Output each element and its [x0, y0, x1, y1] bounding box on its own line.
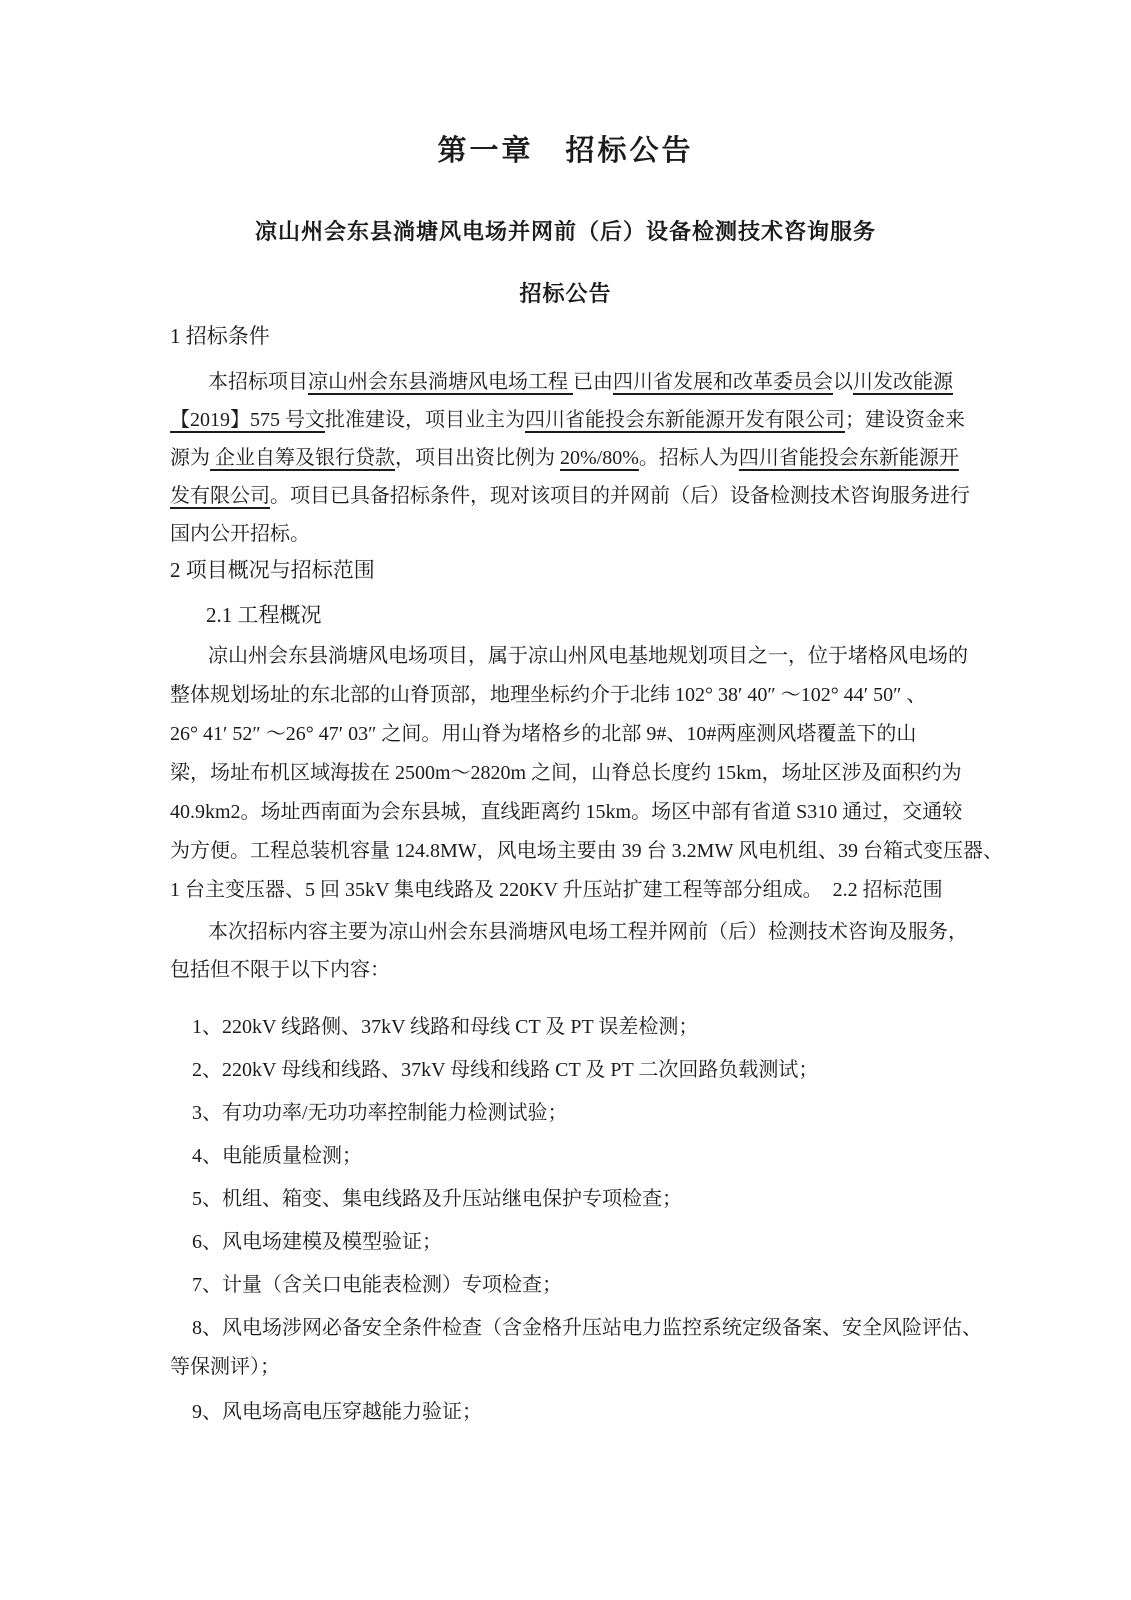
text-segment: 26° 41′ 52″ ～26° 47′ 03″ 之间。用山脊为堵格乡的北部 9…	[170, 723, 916, 745]
text-segment: 6、风电场建模及模型验证；	[192, 1231, 442, 1253]
text-segment: 5、机组、箱变、集电线路及升压站继电保护专项检查；	[192, 1188, 682, 1210]
text-segment: 1、220kV 线路侧、37kV 线路和母线 CT 及 PT 误差检测；	[192, 1016, 698, 1038]
text-segment: 。招标人为	[639, 447, 739, 469]
scope-list-item: 9、风电场高电压穿越能力验证；	[170, 1391, 961, 1434]
text-segment: 1 台主变压器、5 回 35kV 集电线路及 220KV 升压站扩建工程等部分组…	[170, 879, 943, 901]
scope-list-item: 4、电能质量检测；	[170, 1135, 961, 1178]
text-segment: 批准建设，项目业主为	[325, 409, 525, 431]
section-2-heading: 2 项目概况与招标范围	[170, 553, 961, 587]
text-segment: 7、计量（含关口电能表检测）专项检查；	[192, 1274, 562, 1296]
text-line: 8、风电场涉网必备安全条件检查（含金格升压站电力监控系统定级备案、安全风险评估、	[170, 1307, 961, 1350]
text-segment: ，项目出资比例为	[395, 447, 560, 469]
text-segment: 包括但不限于以下内容：	[170, 959, 390, 981]
text-line: 等保测评）；	[170, 1347, 961, 1387]
text-line: 1 台主变压器、5 回 35kV 集电线路及 220KV 升压站扩建工程等部分组…	[170, 871, 961, 910]
text-line: 本次招标内容主要为凉山州会东县淌塘风电场工程并网前（后）检测技术咨询及服务，	[170, 913, 961, 951]
section-2-1-heading: 2.1 工程概况	[206, 598, 961, 632]
text-line: 【2019】575 号文批准建设，项目业主为四川省能投会东新能源开发有限公司；建…	[170, 401, 961, 439]
text-line: 6、风电场建模及模型验证；	[170, 1221, 961, 1264]
text-line: 为方便。工程总装机容量 124.8MW，风电场主要由 39 台 3.2MW 风电…	[170, 832, 961, 871]
scope-list-item: 3、有功功率/无功功率控制能力检测试验；	[170, 1092, 961, 1135]
text-segment: ；建设资金来	[845, 409, 965, 431]
scope-item-list: 1、220kV 线路侧、37kV 线路和母线 CT 及 PT 误差检测；2、22…	[170, 1006, 961, 1434]
text-line: 发有限公司。项目已具备招标条件，现对该项目的并网前（后）设备检测技术咨询服务进行	[170, 477, 961, 515]
bidding-conditions-paragraph: 本招标项目凉山州会东县淌塘风电场工程 已由四川省发展和改革委员会以川发改能源【2…	[170, 363, 961, 553]
project-title: 凉山州会东县淌塘风电场并网前（后）设备检测技术咨询服务	[170, 217, 961, 247]
text-line: 凉山州会东县淌塘风电场项目，属于凉山州风电基地规划项目之一，位于堵格风电场的	[170, 637, 961, 676]
text-segment: 40.9km2。场址西南面为会东县城，直线距离约 15km。场区中部有省道 S3…	[170, 801, 962, 823]
underlined-text: 四川省能投会东新能源开发有限公司	[525, 409, 845, 431]
text-segment: 本招标项目	[208, 371, 308, 393]
text-segment: 梁，场址布机区域海拔在 2500m～2820m 之间，山脊总长度约 15km，场…	[170, 762, 962, 784]
text-line: 国内公开招标。	[170, 515, 961, 553]
underlined-text: 凉山州会东县淌塘风电场工程	[308, 371, 573, 393]
text-line: 1、220kV 线路侧、37kV 线路和母线 CT 及 PT 误差检测；	[170, 1006, 961, 1049]
underlined-text: 20%/80%	[560, 447, 639, 469]
project-overview-paragraph: 凉山州会东县淌塘风电场项目，属于凉山州风电基地规划项目之一，位于堵格风电场的整体…	[170, 637, 961, 910]
text-segment: 2、220kV 母线和线路、37kV 母线和线路 CT 及 PT 二次回路负载测…	[192, 1059, 818, 1081]
text-segment: 等保测评）；	[170, 1356, 280, 1378]
scope-list-item: 1、220kV 线路侧、37kV 线路和母线 CT 及 PT 误差检测；	[170, 1006, 961, 1049]
text-segment: 。项目已具备招标条件，现对该项目的并网前（后）设备检测技术咨询服务进行	[270, 485, 970, 507]
text-segment: 整体规划场址的东北部的山脊顶部，地理坐标约介于北纬 102° 38′ 40″ ～…	[170, 684, 926, 706]
text-line: 3、有功功率/无功功率控制能力检测试验；	[170, 1092, 961, 1135]
text-segment: 3、有功功率/无功功率控制能力检测试验；	[192, 1102, 568, 1124]
scope-list-item: 6、风电场建模及模型验证；	[170, 1221, 961, 1264]
scope-list-item: 5、机组、箱变、集电线路及升压站继电保护专项检查；	[170, 1178, 961, 1221]
text-line: 整体规划场址的东北部的山脊顶部，地理坐标约介于北纬 102° 38′ 40″ ～…	[170, 676, 961, 715]
text-segment: 已由	[573, 371, 613, 393]
announcement-title: 招标公告	[170, 279, 961, 309]
text-segment: 本次招标内容主要为凉山州会东县淌塘风电场工程并网前（后）检测技术咨询及服务，	[208, 921, 968, 943]
text-segment: 9、风电场高电压穿越能力验证；	[192, 1401, 482, 1423]
text-line: 2、220kV 母线和线路、37kV 母线和线路 CT 及 PT 二次回路负载测…	[170, 1049, 961, 1092]
underlined-text: 川发改能源	[853, 371, 953, 393]
text-line: 本招标项目凉山州会东县淌塘风电场工程 已由四川省发展和改革委员会以川发改能源	[170, 363, 961, 401]
text-line: 梁，场址布机区域海拔在 2500m～2820m 之间，山脊总长度约 15km，场…	[170, 754, 961, 793]
text-line: 40.9km2。场址西南面为会东县城，直线距离约 15km。场区中部有省道 S3…	[170, 793, 961, 832]
text-line: 源为 企业自筹及银行贷款，项目出资比例为 20%/80%。招标人为四川省能投会东…	[170, 439, 961, 477]
section-1-heading: 1 招标条件	[170, 319, 961, 353]
text-line: 26° 41′ 52″ ～26° 47′ 03″ 之间。用山脊为堵格乡的北部 9…	[170, 715, 961, 754]
text-segment: 以	[833, 371, 853, 393]
text-segment: 4、电能质量检测；	[192, 1145, 362, 1167]
text-line: 5、机组、箱变、集电线路及升压站继电保护专项检查；	[170, 1178, 961, 1221]
underlined-text: 发有限公司	[170, 485, 270, 507]
chapter-title: 第一章 招标公告	[170, 131, 961, 171]
scope-list-item: 8、风电场涉网必备安全条件检查（含金格升压站电力监控系统定级备案、安全风险评估、…	[170, 1307, 961, 1387]
tender-document-page: 第一章 招标公告 凉山州会东县淌塘风电场并网前（后）设备检测技术咨询服务 招标公…	[0, 0, 1131, 1600]
bidding-scope-intro-paragraph: 本次招标内容主要为凉山州会东县淌塘风电场工程并网前（后）检测技术咨询及服务，包括…	[170, 913, 961, 989]
text-line: 9、风电场高电压穿越能力验证；	[170, 1391, 961, 1434]
text-line: 包括但不限于以下内容：	[170, 951, 961, 989]
text-segment: 8、风电场涉网必备安全条件检查（含金格升压站电力监控系统定级备案、安全风险评估、	[192, 1317, 982, 1339]
text-segment: 凉山州会东县淌塘风电场项目，属于凉山州风电基地规划项目之一，位于堵格风电场的	[208, 645, 968, 667]
scope-list-item: 2、220kV 母线和线路、37kV 母线和线路 CT 及 PT 二次回路负载测…	[170, 1049, 961, 1092]
underlined-text: 四川省能投会东新能源开	[739, 447, 959, 469]
scope-list-item: 7、计量（含关口电能表检测）专项检查；	[170, 1264, 961, 1307]
text-segment: 源为	[170, 447, 210, 469]
underlined-text: 四川省发展和改革委员会	[613, 371, 833, 393]
text-line: 4、电能质量检测；	[170, 1135, 961, 1178]
underlined-text: 【2019】575 号文	[170, 409, 325, 431]
text-segment: 为方便。工程总装机容量 124.8MW，风电场主要由 39 台 3.2MW 风电…	[170, 840, 1003, 862]
underlined-text: 企业自筹及银行贷款	[210, 447, 395, 469]
text-segment: 国内公开招标。	[170, 523, 310, 545]
text-line: 7、计量（含关口电能表检测）专项检查；	[170, 1264, 961, 1307]
